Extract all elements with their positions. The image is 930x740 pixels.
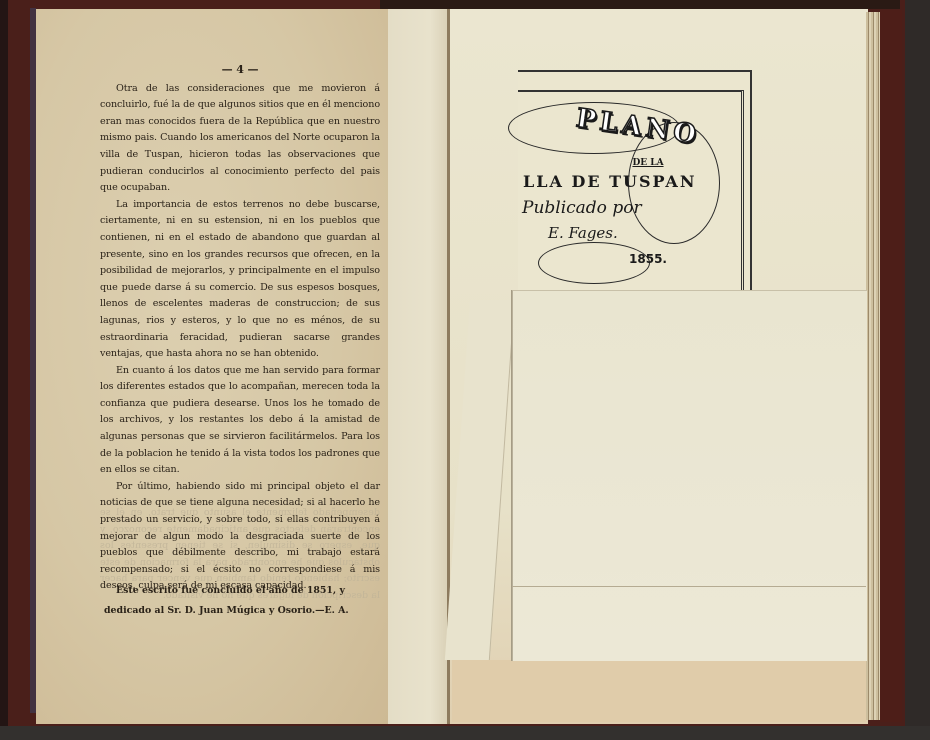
paragraph-2: La importancia de estos terrenos no debe… — [100, 197, 380, 363]
left-page-margin — [388, 9, 448, 724]
folded-map-sheet[interactable] — [512, 290, 867, 661]
top-shadow — [380, 0, 900, 9]
map-title-sheet: PLANO DE LA LLA DE TUSPAN Publicado por … — [518, 70, 752, 292]
background-bottom — [0, 726, 930, 740]
fold-crease — [512, 586, 866, 587]
map-title-villa: LLA DE TUSPAN — [523, 172, 743, 191]
right-page-stain — [452, 660, 866, 722]
cover-edge — [0, 0, 8, 728]
paragraph-3: En cuanto á los datos que me han servido… — [100, 363, 380, 479]
map-author: E. Fages. — [548, 224, 668, 242]
map-publisher-label: Publicado por — [522, 198, 722, 218]
book-cover-right — [880, 10, 902, 722]
map-title-de-la: DE LA — [548, 158, 748, 168]
page-fore-edge — [866, 12, 880, 720]
map-year: 1855. — [548, 252, 748, 266]
background-right — [905, 0, 930, 740]
page-number: — 4 — — [100, 62, 380, 79]
paragraph-1: Otra de las consideraciones que me movie… — [100, 81, 380, 197]
colophon: Este escrito fué concluido el año de 185… — [104, 581, 382, 621]
